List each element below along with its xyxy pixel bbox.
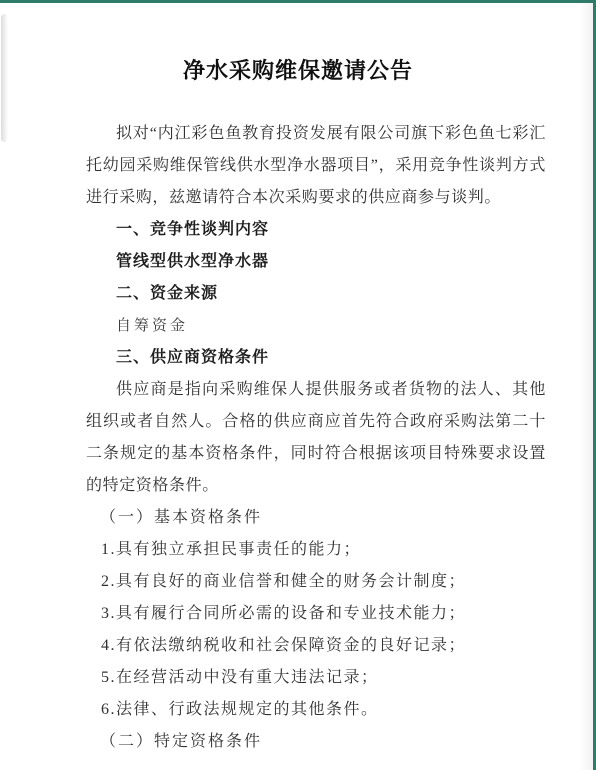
basic-condition-item: 1.具有独立承担民事责任的能力； xyxy=(101,534,546,566)
page-edge-shadow xyxy=(580,0,593,770)
section-1-heading: 一、竞争性谈判内容 xyxy=(116,214,546,246)
scan-artifact-smudge xyxy=(1,14,8,142)
document-body: 拟对“内江彩色鱼教育投资发展有限公司旗下彩色鱼七彩汇托幼园采购维保管线供水型净水… xyxy=(0,118,596,758)
section-1-body: 管线型供水型净水器 xyxy=(116,246,546,278)
basic-condition-item: 3.具有履行合同所必需的设备和专业技术能力； xyxy=(101,598,546,630)
basic-condition-item: 2.具有良好的商业信誉和健全的财务会计制度； xyxy=(101,566,546,598)
section-3-paragraph: 供应商是指向采购维保人提供服务或者货物的法人、其他组织或者自然人。合格的供应商应… xyxy=(86,374,546,502)
basic-condition-item: 6.法律、行政法规规定的其他条件。 xyxy=(101,694,546,726)
section-2-heading: 二、资金来源 xyxy=(116,278,546,310)
basic-conditions-title: （一）基本资格条件 xyxy=(100,502,546,534)
intro-paragraph: 拟对“内江彩色鱼教育投资发展有限公司旗下彩色鱼七彩汇托幼园采购维保管线供水型净水… xyxy=(86,118,546,214)
document-title: 净水采购维保邀请公告 xyxy=(40,56,556,86)
scan-frame-top-edge xyxy=(0,0,596,3)
basic-condition-item: 5.在经营活动中没有重大违法记录； xyxy=(101,662,546,694)
basic-condition-item: 4.有依法缴纳税收和社会保障资金的良好记录； xyxy=(101,630,546,662)
special-conditions-title: （二）特定资格条件 xyxy=(100,726,546,758)
section-3-heading: 三、供应商资格条件 xyxy=(116,342,546,374)
scanned-document-page: 净水采购维保邀请公告 拟对“内江彩色鱼教育投资发展有限公司旗下彩色鱼七彩汇托幼园… xyxy=(0,0,596,770)
section-2-body: 自筹资金 xyxy=(116,310,546,342)
